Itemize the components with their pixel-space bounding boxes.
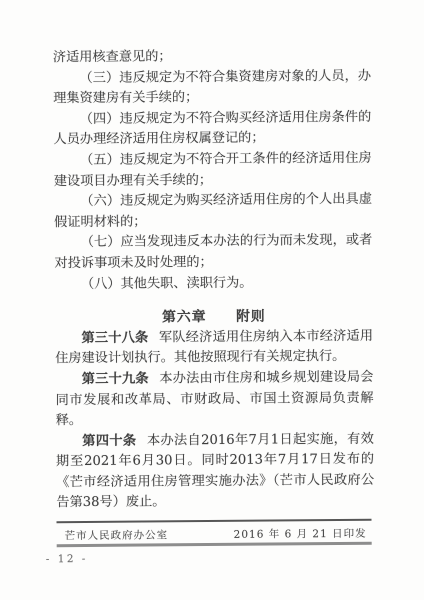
footer-issuer: 芒市人民政府办公室 (65, 527, 169, 543)
paragraph: （六）违反规定为购买经济适用住房的个人出具虚假证明材料的； (54, 190, 372, 234)
article-paragraph: 第四十条本办法自2016年7月1日起实施，有效期至2021年6月30日。同时20… (56, 429, 375, 514)
paragraph: （三）违反规定为不符合集资建房对象的人员，办理集资建房有关手续的； (53, 66, 371, 110)
chapter-heading: 第六章 附则 (55, 306, 373, 329)
paragraph: （五）违反规定为不符合开工条件的经济适用住房建设项目办理有关手续的； (54, 149, 372, 193)
paragraph: （八）其他失职、渎职行为。 (55, 272, 373, 295)
scanned-page-tilt: 济适用核查意见的；（三）违反规定为不符合集资建房对象的人员，办理集资建房有关手续… (0, 0, 424, 600)
article-paragraph: 第三十八条军队经济适用住房纳入本市经济适用住房建设计划执行。其他按照现行有关规定… (55, 326, 373, 370)
article-number: 第三十八条 (81, 330, 148, 346)
document-body: 济适用核查意见的；（三）违反规定为不符合集资建房对象的人员，办理集资建房有关手续… (53, 46, 375, 515)
article-number: 第四十条 (82, 433, 136, 448)
paragraph: 济适用核查意见的； (53, 46, 371, 69)
paragraph: （七）应当发现违反本办法的行为而未发现，或者对投诉事项未及时处理的； (54, 231, 372, 275)
document-page: 济适用核查意见的；（三）违反规定为不符合集资建房对象的人员，办理集资建房有关手续… (0, 0, 424, 600)
paragraph: （四）违反规定为不符合购买经济适用住房条件的人员办理经济适用住房权属登记的； (53, 108, 371, 152)
footer-divider-top (56, 519, 371, 523)
page-number: - 12 - (46, 553, 88, 565)
article-number: 第三十九条 (82, 371, 149, 387)
article-paragraph: 第三十九条本办法由市住房和城乡规划建设局会同市发展和改革局、市财政局、市国土资源… (55, 368, 373, 432)
footer: 芒市人民政府办公室 2016 年 6 月 21 日印发 (57, 525, 372, 543)
footer-print-date: 2016 年 6 月 21 日印发 (234, 525, 367, 541)
